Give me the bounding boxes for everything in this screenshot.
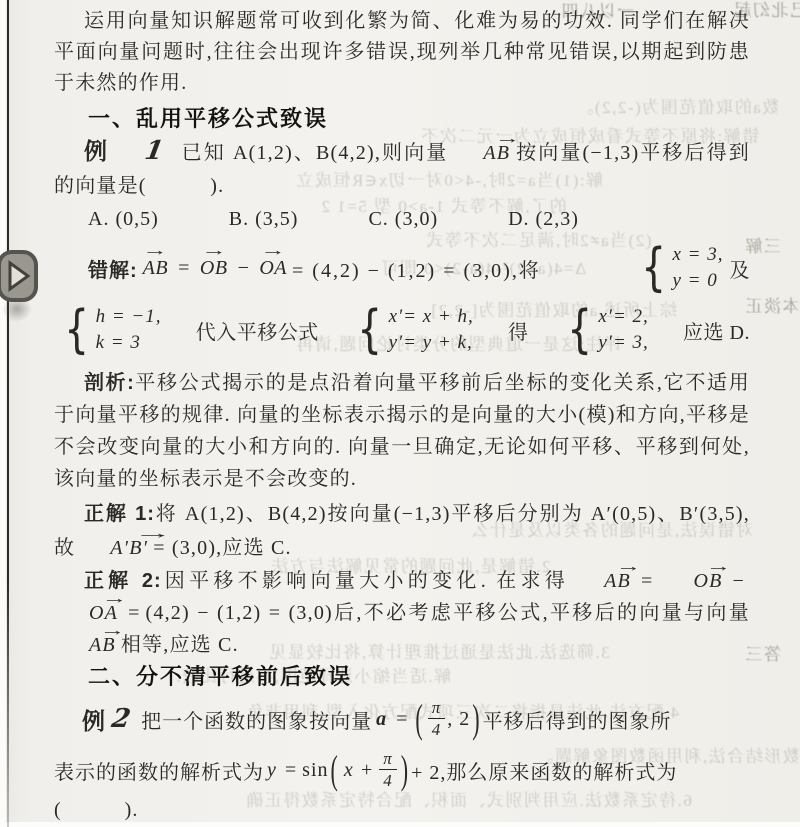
- equals-sign: =: [128, 602, 140, 624]
- right-paren: ): [401, 746, 409, 794]
- case-row: y = 0: [672, 268, 723, 294]
- minus-sign: −: [733, 570, 745, 592]
- left-brace: {: [64, 304, 89, 356]
- analysis-text: 平移公式揭示的是点沿着向量平移前后坐标的变化关系,它不适用于向量平移的规律. 向…: [54, 372, 750, 490]
- case-row: x = 3,: [672, 242, 723, 268]
- fraction-pi-over-4: π 4: [379, 749, 397, 790]
- vector-ob: OB: [199, 257, 229, 280]
- example-1-label: 例: [84, 138, 109, 164]
- section-2-heading: 二、分不清平移前后致误: [54, 665, 750, 689]
- case-row: x′= 2,: [598, 304, 648, 330]
- equation-system-result: { x′= 2, y′= 3,: [563, 304, 649, 356]
- example-1-number: 1: [112, 135, 167, 168]
- vector-a-variable: a: [376, 708, 387, 731]
- example-2-stem-pre: 把一个函数的图象按向量: [141, 705, 372, 734]
- and-word: 及: [730, 254, 751, 283]
- x-plus-term: x +: [344, 759, 374, 782]
- equation-system-hk: { h = −1, k = 3: [60, 304, 162, 356]
- sin-function: sin: [302, 759, 328, 782]
- vector-ob: OB: [662, 565, 723, 597]
- equation-system-xy: { x = 3, y = 0: [637, 242, 724, 294]
- substitute-text: 代入平移公式: [196, 316, 319, 345]
- bleed-through-text: 本淡正: [744, 292, 800, 317]
- correct-2-post: 相等,应选 C.: [121, 634, 239, 656]
- case-row: x′= x + h,: [389, 304, 474, 330]
- scan-edge-left: [0, 0, 6, 827]
- left-paren: (: [415, 695, 423, 743]
- correct-solution-1: 正解 1:将 A(1,2)、B(4,2)按向量(−1,3)平移后分别为 A′(0…: [54, 497, 750, 565]
- left-brace: {: [357, 304, 382, 356]
- correct-1-post: = (3,0),应选 C.: [153, 537, 292, 559]
- example-2-stem-post: 平移后得到的图象所: [483, 705, 672, 734]
- case-row: y′= y + k,: [389, 330, 474, 356]
- fraction-pi-over-4: π 4: [428, 698, 446, 739]
- y-variable: y: [267, 759, 277, 782]
- left-brace: {: [567, 304, 592, 356]
- case-row: h = −1,: [96, 304, 162, 330]
- scan-edge-bottom: [0, 822, 800, 827]
- example-2-line2-post: + 2,那么原来函数的解析式为: [411, 756, 677, 785]
- correct-solution-2: 正解 2:因平移不影响向量大小的变化. 在求得AB=OB−OA=(4,2) − …: [54, 565, 750, 661]
- vector-oa: OA: [258, 257, 288, 280]
- minus-sign: −: [238, 257, 250, 280]
- analysis-label: 剖析:: [84, 372, 135, 394]
- page-content: 运用向量知识解题常可收到化繁为简、化难为易的功效. 同学们在解决平面向量问题时,…: [54, 6, 750, 819]
- vector-apbp: A′B′: [79, 531, 149, 565]
- wrong-solution-row-1: 错解: AB = OB − OA = (4,2) − (1,2) = (3,0)…: [54, 237, 750, 299]
- analysis-paragraph: 剖析:平移公式揭示的是点沿着向量平移前后坐标的变化关系,它不适用于向量平移的规律…: [54, 367, 750, 495]
- vector-ab: AB: [573, 565, 632, 597]
- wrong-solution-conclusion: 应选 D.: [683, 316, 750, 345]
- vector-ab: AB: [142, 257, 169, 280]
- example-1-stem: 例1 已知 A(1,2)、B(4,2),则向量AB按向量(−1,3)平移后得到的…: [54, 135, 750, 203]
- page-marker: [0, 249, 39, 308]
- fraction-numerator: π: [379, 749, 397, 770]
- example-2-stem-line-2: 表示的函数的解析式为 y = sin ( x + π 4 ) + 2,那么原来函…: [54, 747, 750, 793]
- answer-blank-parens: ( ).: [54, 793, 138, 822]
- case-row: y′= 3,: [598, 330, 648, 356]
- vector-ab: AB: [452, 137, 511, 170]
- comma-two: , 2: [447, 708, 470, 731]
- option-d: D. (2,3): [508, 205, 579, 233]
- equals-sign: =: [178, 257, 190, 280]
- option-c: C. (3,0): [368, 205, 438, 233]
- left-brace: {: [641, 242, 666, 294]
- equals-sign: =: [396, 708, 408, 731]
- page-gutter-line: [7, 0, 9, 827]
- option-b: B. (3,5): [229, 205, 299, 233]
- equals-sign: =: [285, 759, 297, 782]
- example-2-line2-pre: 表示的函数的解析式为: [54, 756, 264, 785]
- example-2-label: 例: [82, 703, 106, 736]
- case-row: k = 3: [96, 330, 162, 356]
- correct-2-mid: (4,2) − (1,2) = (3,0)后,不必考虑平移公式,平移后的向量与向…: [146, 602, 750, 624]
- wrong-solution-label: 错解:: [88, 254, 138, 283]
- example-2-number: 2: [109, 704, 133, 734]
- get-word: 得: [508, 316, 529, 345]
- marker-arrow-icon: [0, 249, 39, 303]
- wrong-solution-mid: = (4,2) − (1,2) = (3,0),将: [292, 254, 541, 283]
- example-1-stem-pre: 已知 A(1,2)、B(4,2),则向量: [182, 142, 449, 164]
- wrong-solution-row-2: { h = −1, k = 3 代入平移公式 { x′= x + h, y′= …: [54, 299, 750, 361]
- fraction-numerator: π: [428, 698, 446, 719]
- scanned-textbook-page: 一以八四己北幻起数a的取值范围为(-2,2)。错解:将原不等式看成恒成立为一元二…: [0, 0, 800, 827]
- example-2-answer-blank: ( ).: [54, 793, 750, 819]
- intro-paragraph: 运用向量知识解题常可收到化繁为简、化难为易的功效. 同学们在解决平面向量问题时,…: [54, 6, 750, 99]
- option-a: A. (0,5): [88, 205, 159, 233]
- correct-2-pre: 因平移不影响向量大小的变化. 在求得: [162, 570, 569, 592]
- fraction-denominator: 4: [432, 719, 442, 740]
- example-2-stem-line-1: 例2 把一个函数的图象按向量 a = ( π 4 , 2 ) 平移后得到的图象所: [54, 691, 750, 747]
- wrong-solution-right-group: { x = 3, y = 0 及: [631, 242, 750, 294]
- fraction-denominator: 4: [383, 770, 393, 791]
- right-paren: ): [472, 695, 480, 743]
- section-1-heading: 一、乱用平移公式致误: [54, 107, 750, 131]
- left-paren: (: [331, 746, 339, 794]
- equals-sign: =: [641, 570, 653, 592]
- equation-system-formula: { x′= x + h, y′= y + k,: [353, 304, 474, 356]
- options-row: A. (0,5) B. (3,5) C. (3,0) D. (2,3): [54, 205, 750, 233]
- vector-ab: AB: [58, 629, 117, 661]
